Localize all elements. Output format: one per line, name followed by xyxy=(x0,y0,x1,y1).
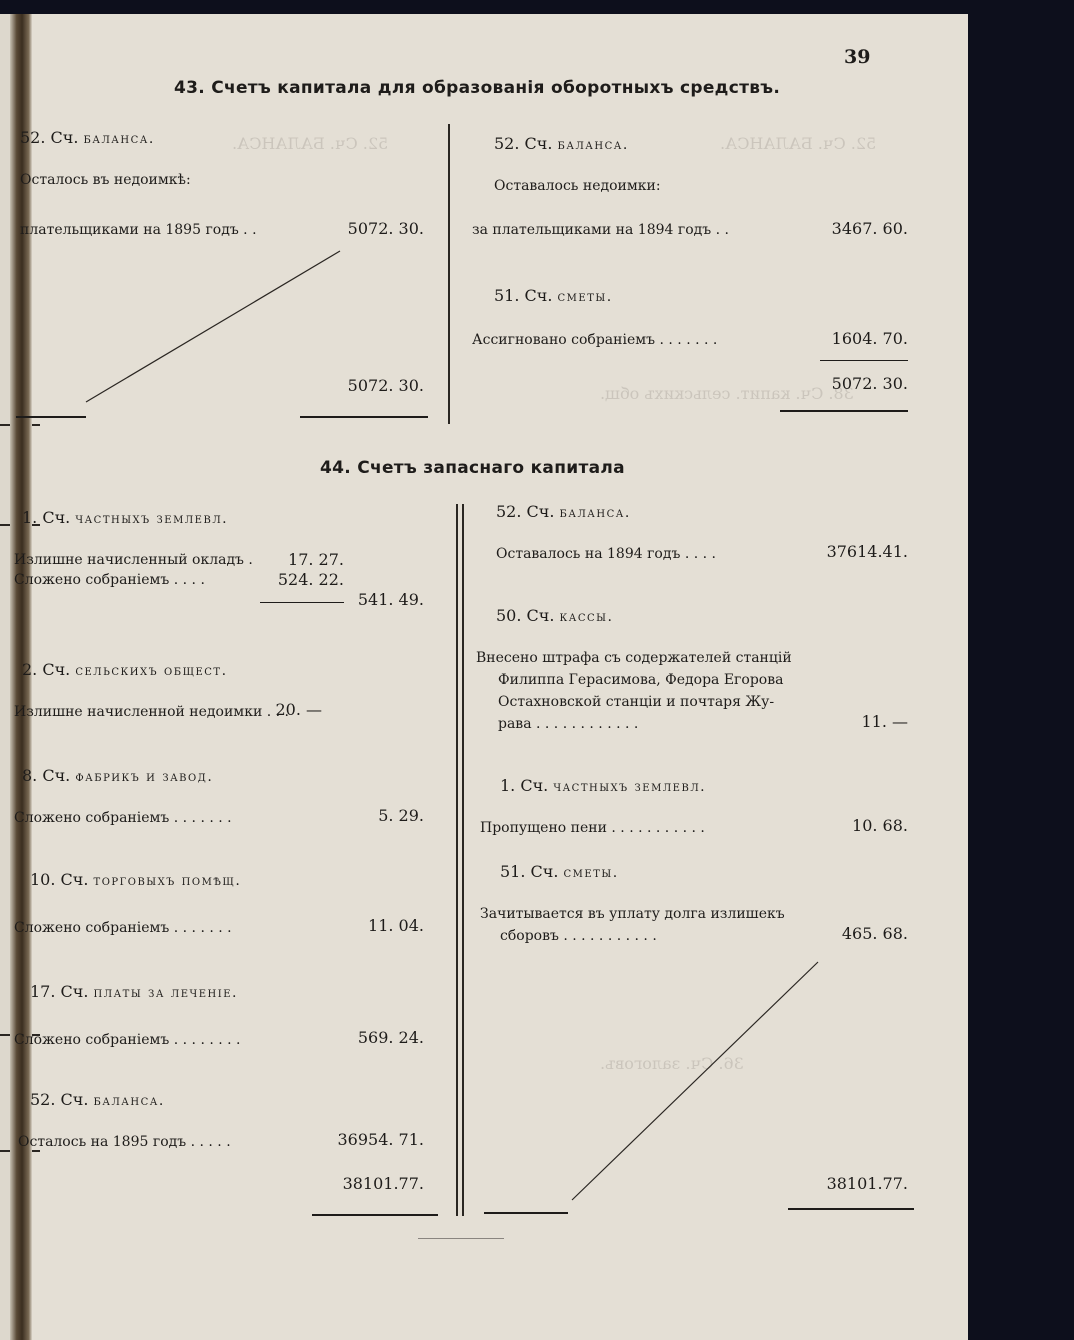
cancel-diagonals xyxy=(0,14,968,1340)
ledger-page: 39 52. Сч. БАЛАНСА. 52. Сч. БАЛАНСА. 38.… xyxy=(0,14,968,1340)
